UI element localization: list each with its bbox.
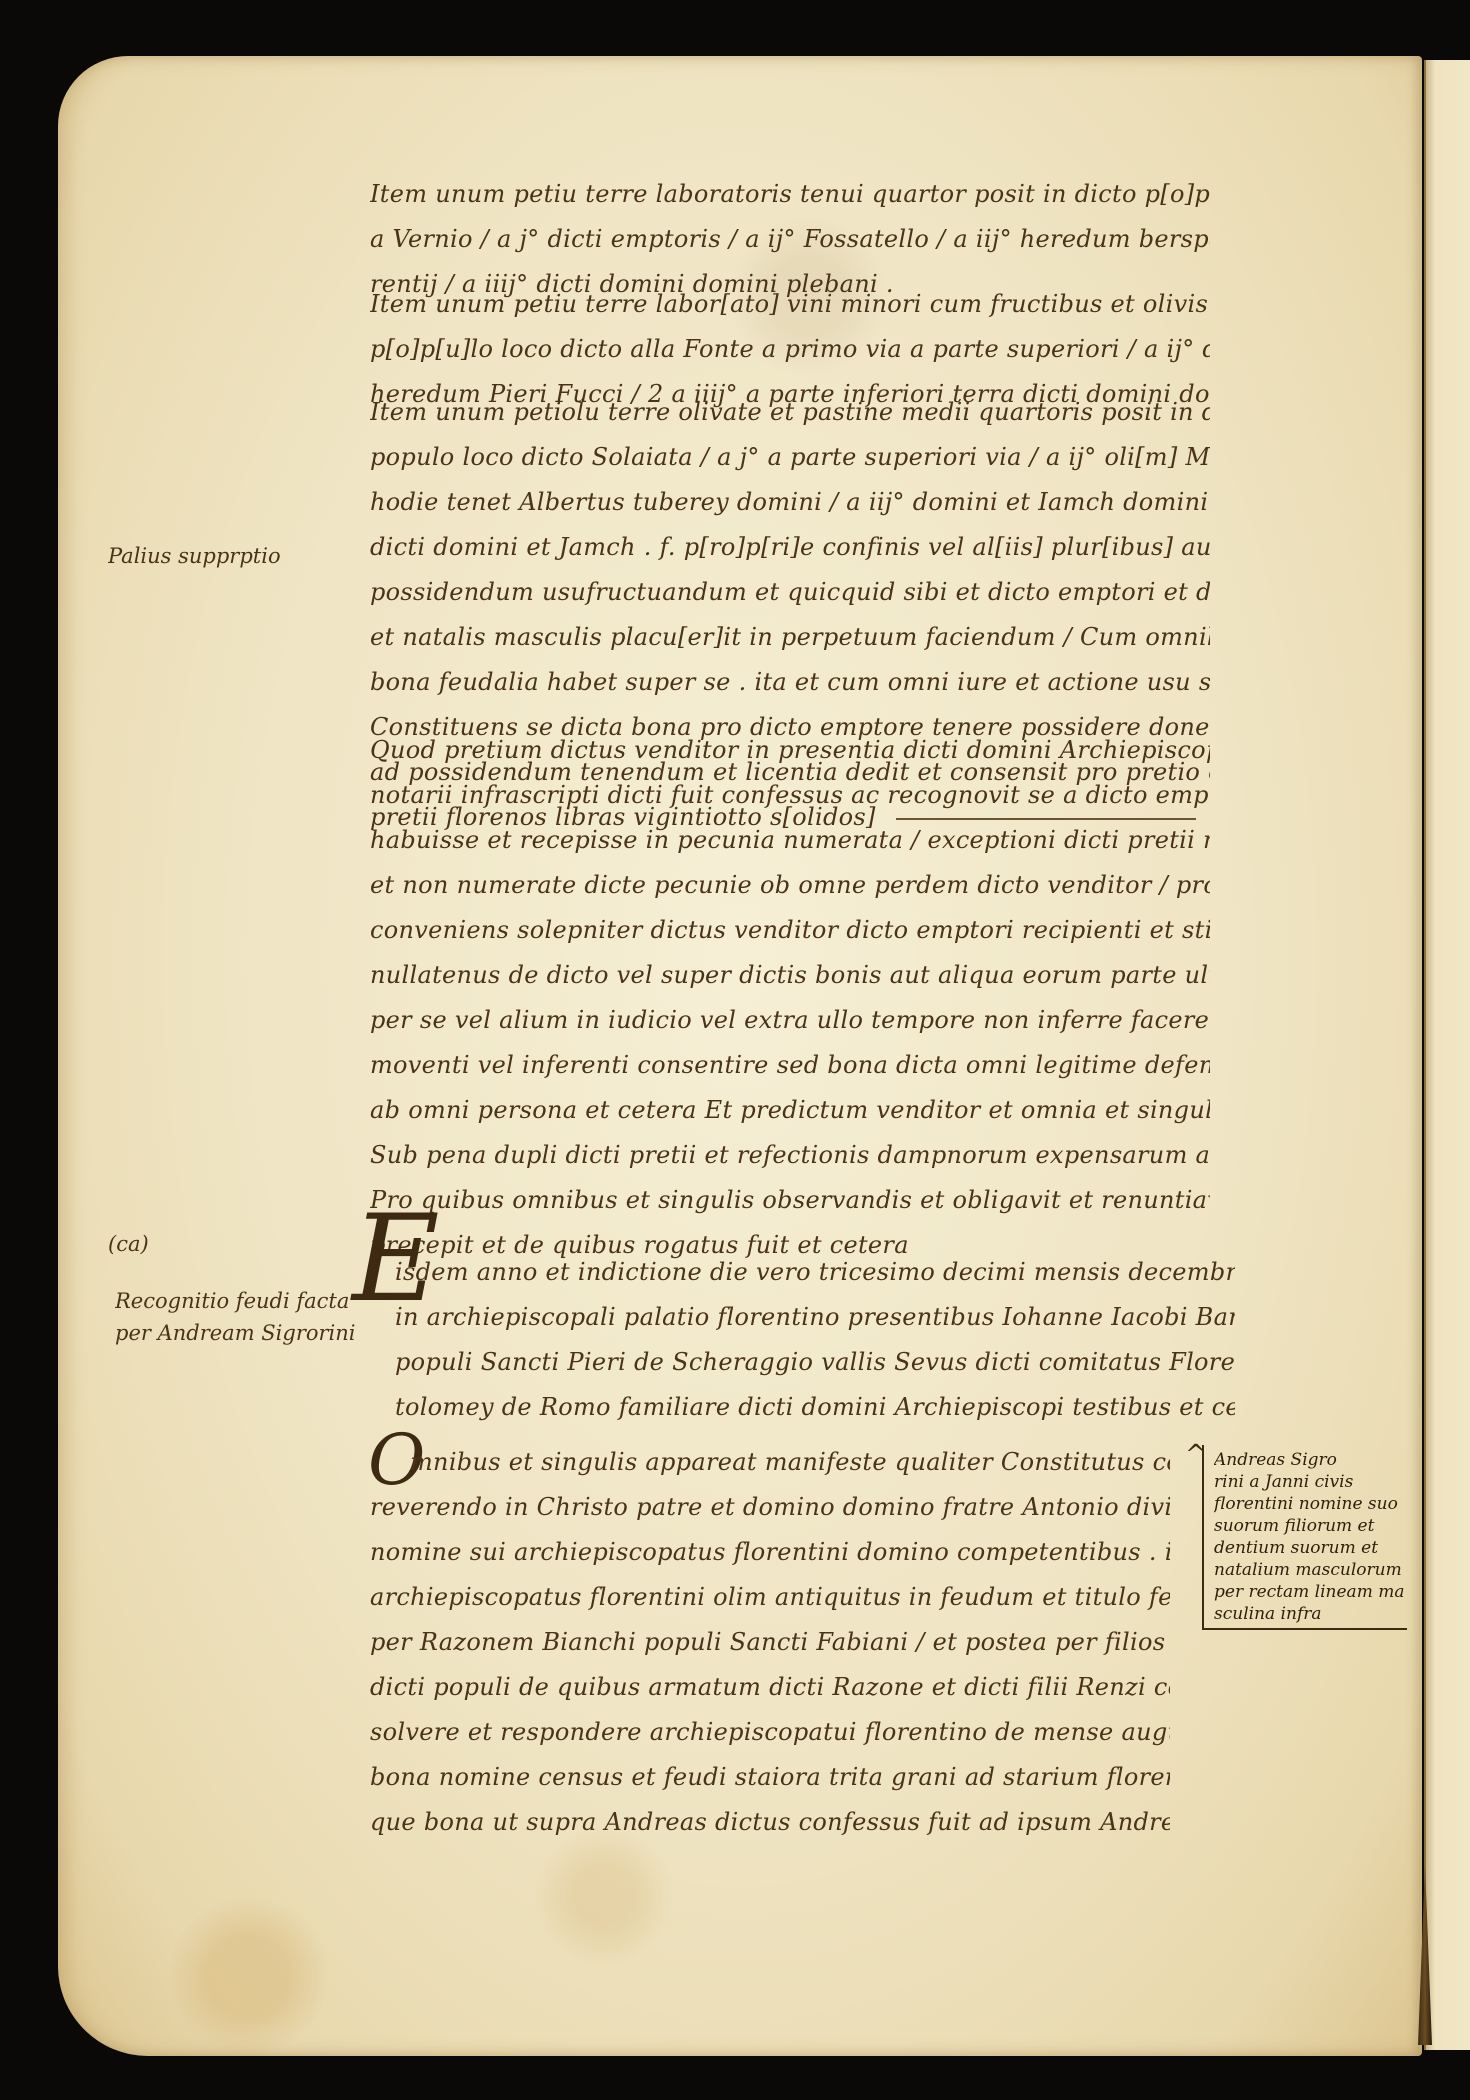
text-line: notarii infrascripti dicti fuit confessu…	[370, 773, 1210, 818]
margin-note-text: Andreas Sigro	[1214, 1449, 1407, 1471]
paragraph-4: Quod pretium dictus venditor in presenti…	[370, 728, 1220, 1268]
margin-note-left-1: Palius supprptio	[108, 540, 281, 572]
text-line: et non numerate dicte pecunie ob omne pe…	[370, 863, 1210, 908]
margin-note-text: rini a Janni civis	[1214, 1471, 1407, 1493]
margin-note-right-boxed: Andreas Sigro rini a Janni civis florent…	[1202, 1445, 1407, 1630]
text-line: bona nomine census et feudi staiora trit…	[370, 1755, 1170, 1800]
margin-note-text: per Andream Sigrorini	[115, 1317, 356, 1349]
text-line: habuisse et recepisse in pecunia numerat…	[370, 818, 1210, 863]
text-line: Item unum petiolu terre olivate et pasti…	[370, 390, 1210, 435]
text-line: conveniens solepniter dictus venditor di…	[370, 908, 1210, 953]
margin-note-text: Palius supprptio	[108, 540, 281, 572]
text-line: in archiepiscopali palatio florentino pr…	[395, 1295, 1235, 1340]
text-line: et natalis masculis placu[er]it in perpe…	[370, 615, 1210, 660]
margin-note-text: florentini nomine suo et	[1214, 1493, 1407, 1515]
text-line: a Vernio / a j° dicti emptoris / a ij° F…	[370, 217, 1210, 262]
text-line: dicti populi de quibus armatum dicti Raz…	[370, 1665, 1170, 1710]
margin-note-text: suorum filiorum et desce	[1214, 1515, 1407, 1537]
text-line: Quod pretium dictus venditor in presenti…	[370, 728, 1210, 773]
text-line: Item unum petiu terre labor[ato] vini mi…	[370, 282, 1210, 327]
margin-note-text: per rectam lineam ma	[1214, 1581, 1407, 1603]
text-line: mnibus et singulis appareat manifeste qu…	[370, 1440, 1170, 1485]
text-line: bona feudalia habet super se . ita et cu…	[370, 660, 1210, 705]
text-line: Item unum petiu terre laboratoris tenui …	[370, 172, 1210, 217]
text-line: per Razonem Bianchi populi Sancti Fabian…	[370, 1620, 1170, 1665]
text-line: hodie tenet Albertus tuberey domini / a …	[370, 480, 1210, 525]
text-line: archiepiscopatus florentini olim antiqui…	[370, 1575, 1170, 1620]
text-line: que bona ut supra Andreas dictus confess…	[370, 1800, 1170, 1845]
margin-note-text: Recognitio feudi facta	[115, 1285, 356, 1317]
margin-note-text: (ca)	[108, 1228, 149, 1260]
text-line: solvere et respondere archiepiscopatui f…	[370, 1710, 1170, 1755]
text-line: Sub pena dupli dicti pretii et refection…	[370, 1133, 1210, 1178]
margin-note-left-3: Recognitio feudi facta per Andream Sigro…	[115, 1285, 356, 1349]
text-line: Pro quibus omnibus et singulis observand…	[370, 1178, 1210, 1223]
text-line: populo loco dicto Solaiata / a j° a part…	[370, 435, 1210, 480]
text-line: p[o]p[u]lo loco dicto alla Fonte a primo…	[370, 327, 1210, 372]
text-line: dicti domini et Jamch . f. p[ro]p[ri]e c…	[370, 525, 1210, 570]
text-line: tolomey de Romo familiare dicti domini A…	[395, 1385, 1235, 1430]
text-line: nullatenus de dicto vel super dictis bon…	[370, 953, 1210, 998]
adjacent-page-edge	[1424, 60, 1470, 2050]
margin-note-text: dentium suorum et	[1214, 1537, 1407, 1559]
paragraph-6: mnibus et singulis appareat manifeste qu…	[370, 1440, 1190, 1845]
text-line: per se vel alium in iudicio vel extra ul…	[370, 998, 1210, 1043]
margin-note-text: natalium masculorum	[1214, 1559, 1407, 1581]
margin-note-left-2: (ca)	[108, 1228, 149, 1260]
margin-note-text: sculina infra	[1214, 1603, 1407, 1625]
text-line: nomine sui archiepiscopatus florentini d…	[370, 1530, 1170, 1575]
text-line: ab omni persona et cetera Et predictum v…	[370, 1088, 1210, 1133]
text-line: reverendo in Christo patre et domino dom…	[370, 1485, 1170, 1530]
text-line: possidendum usufructuandum et quicquid s…	[370, 570, 1210, 615]
text-line: populi Sancti Pieri de Scheraggio vallis…	[395, 1340, 1235, 1385]
text-line: isdem anno et indictione die vero trices…	[395, 1250, 1235, 1295]
text-line: moventi vel inferenti consentire sed bon…	[370, 1043, 1210, 1088]
paragraph-5: isdem anno et indictione die vero trices…	[395, 1250, 1245, 1430]
